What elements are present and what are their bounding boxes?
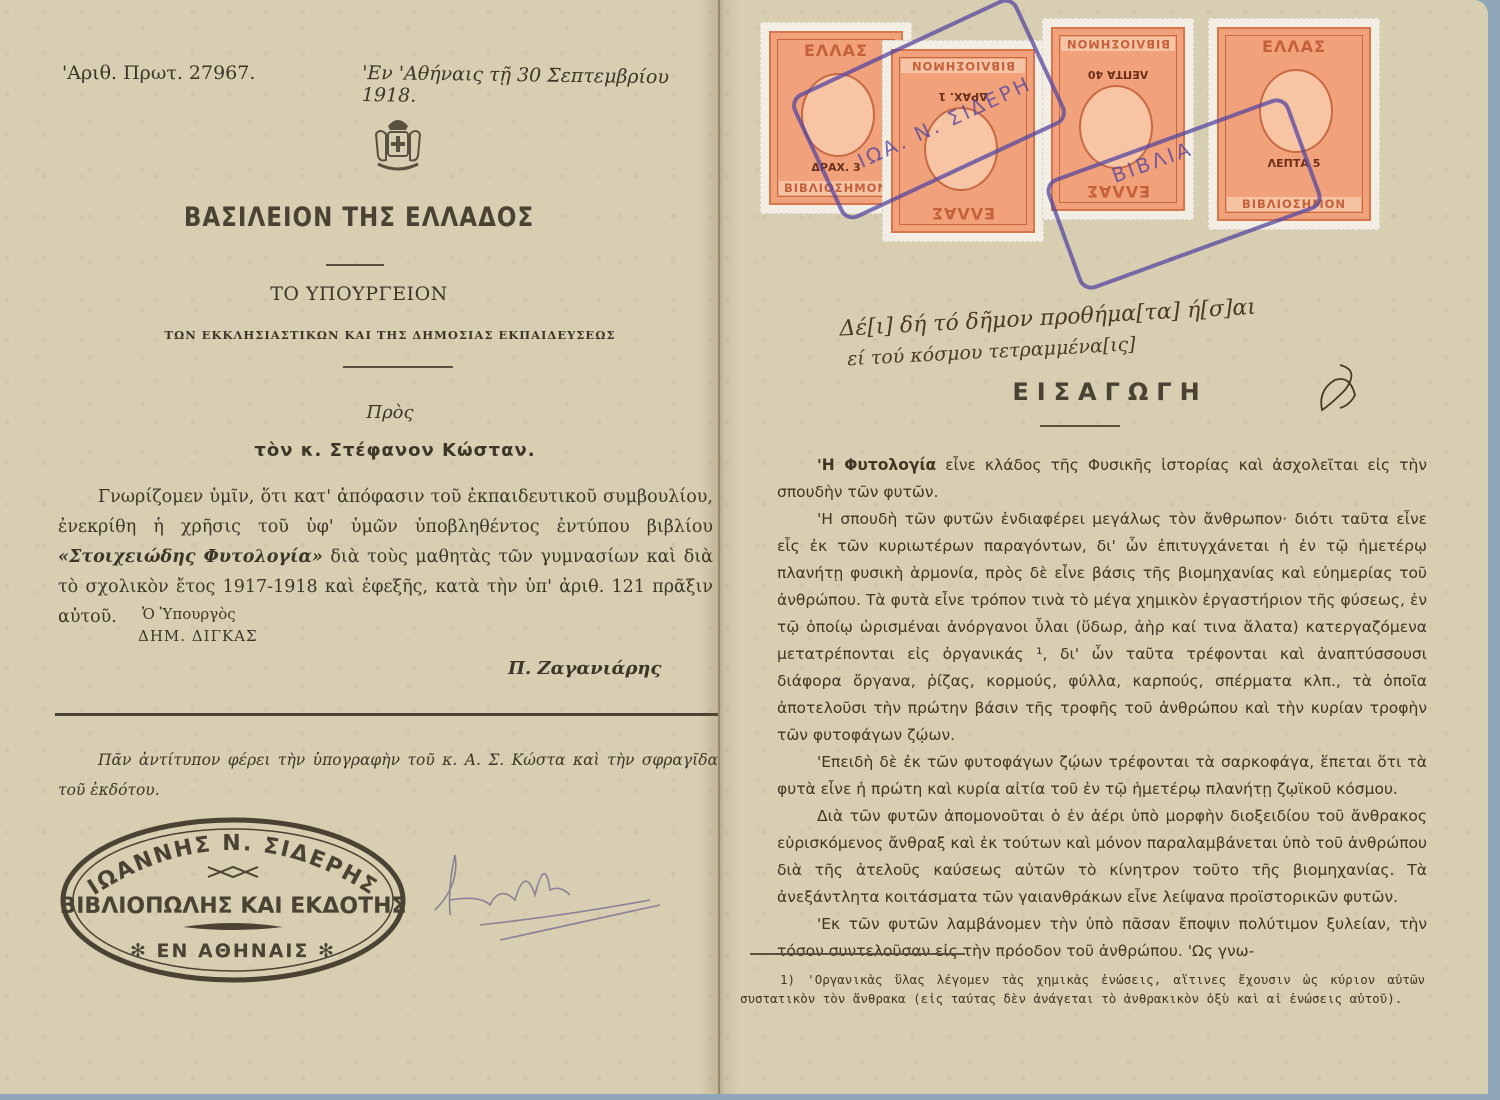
divider (326, 264, 384, 266)
open-book: 'Αριθ. Πρωτ. 27967. 'Εν 'Αθήναις τῇ 30 Σ… (0, 0, 1500, 1094)
left-page: 'Αριθ. Πρωτ. 27967. 'Εν 'Αθήναις τῇ 30 Σ… (0, 0, 720, 1094)
paragraph: 'Εκ τῶν φυτῶν λαμβάνομεν τὴν ὑπὸ πᾶσαν ἔ… (777, 911, 1427, 965)
section-title: ΕΙΣΑΓΩΓΗ (720, 378, 1500, 406)
paragraph: 'Η Φυτολογία εἶνε κλάδος τῆς Φυσικῆς ἱστ… (777, 452, 1427, 506)
svg-text:ΙΩΑΝΝΗΣ Ν. ΣΙΔΕΡΗΣ: ΙΩΑΝΝΗΣ Ν. ΣΙΔΕΡΗΣ (84, 831, 383, 901)
ministry-subtitle: ΤΩΝ ΕΚΚΛΗΣΙΑΣΤΙΚΩΝ ΚΑΙ ΤΗΣ ΔΗΜΟΣΙΑΣ ΕΚΠΑ… (0, 328, 780, 342)
secretary-signature: Π. Ζαγανιάρης (508, 658, 661, 679)
handwritten-initials (1310, 360, 1370, 420)
paragraph: Διὰ τῶν φυτῶν ἀπομονοῦται ὁ ἐν ἀέρι ὑπὸ … (777, 803, 1427, 911)
kingdom-title: ΒΑΣΙΛΕΙΟΝ ΤΗΣ ΕΛΛΑΔΟΣ (0, 203, 718, 233)
ministry-title: ΤΟ ΥΠΟΥΡΓΕΙΟΝ (0, 283, 718, 305)
protocol-number: 'Αριθ. Πρωτ. 27967. (62, 62, 255, 84)
book-title: «Στοιχειώδης Φυτολογία» (58, 547, 323, 567)
introduction-text: 'Η Φυτολογία εἶνε κλάδος τῆς Φυσικῆς ἱστ… (777, 452, 1427, 965)
right-page: ΕΛΛΑΣ ΔΡΑΧ. 3 ΒΙΒΛΙΟΣΗΜΟΝ ΕΛΛΑΣ ΔΡΑΧ. 1 … (720, 0, 1488, 1094)
branch-icon (183, 923, 283, 930)
signatory-name: ΔΗΜ. ΔΙΓΚΑΣ (138, 627, 258, 645)
authenticity-notice: Πᾶν ἀντίτυπον φέρει τὴν ὑπογραφὴν τοῦ κ.… (58, 745, 718, 805)
seal-top-text: ΙΩΑΝΝΗΣ Ν. ΣΙΔΕΡΗΣ (84, 831, 383, 901)
laurel-icon (208, 867, 258, 877)
seal-bottom-text: ✻ ΕΝ ΑΘΗΝΑΙΣ ✻ (130, 940, 336, 962)
paragraph: 'Η σπουδὴ τῶν φυτῶν ἐνδιαφέρει μεγάλως τ… (777, 506, 1427, 749)
section-divider (55, 713, 718, 716)
handwritten-signature (420, 845, 670, 955)
seal-middle-text: ΒΙΒΛΙΟΠΩΛΗΣ ΚΑΙ ΕΚΔΟΤΗΣ (59, 894, 406, 919)
signatory-title: Ὁ Ὑπουργὸς (142, 605, 236, 623)
recipient-name: τὸν κ. Στέφανον Κώσταν. (0, 440, 790, 461)
to-label: Πρὸς (0, 402, 780, 423)
coat-of-arms-icon (370, 112, 426, 176)
date-line: 'Εν 'Αθήναις τῇ 30 Σεπτεμβρίου 1918. (362, 62, 713, 111)
divider (343, 366, 453, 368)
divider (1040, 425, 1120, 427)
paragraph: 'Επειδὴ δὲ ἐκ τῶν φυτοφάγων ζῴων τρέφοντ… (777, 749, 1427, 803)
publisher-seal: ΙΩΑΝΝΗΣ Ν. ΣΙΔΕΡΗΣ ΒΙΒΛΙΟΠΩΛΗΣ ΚΑΙ ΕΚΔΟΤ… (58, 815, 408, 985)
footnote-divider (750, 953, 965, 955)
revenue-stamps: ΕΛΛΑΣ ΔΡΑΧ. 3 ΒΙΒΛΙΟΣΗΜΟΝ ΕΛΛΑΣ ΔΡΑΧ. 1 … (760, 0, 1460, 280)
footnote: 1) 'Οργανικὰς ὕλας λέγομεν τὰς χημικὰς ἑ… (740, 970, 1425, 1008)
